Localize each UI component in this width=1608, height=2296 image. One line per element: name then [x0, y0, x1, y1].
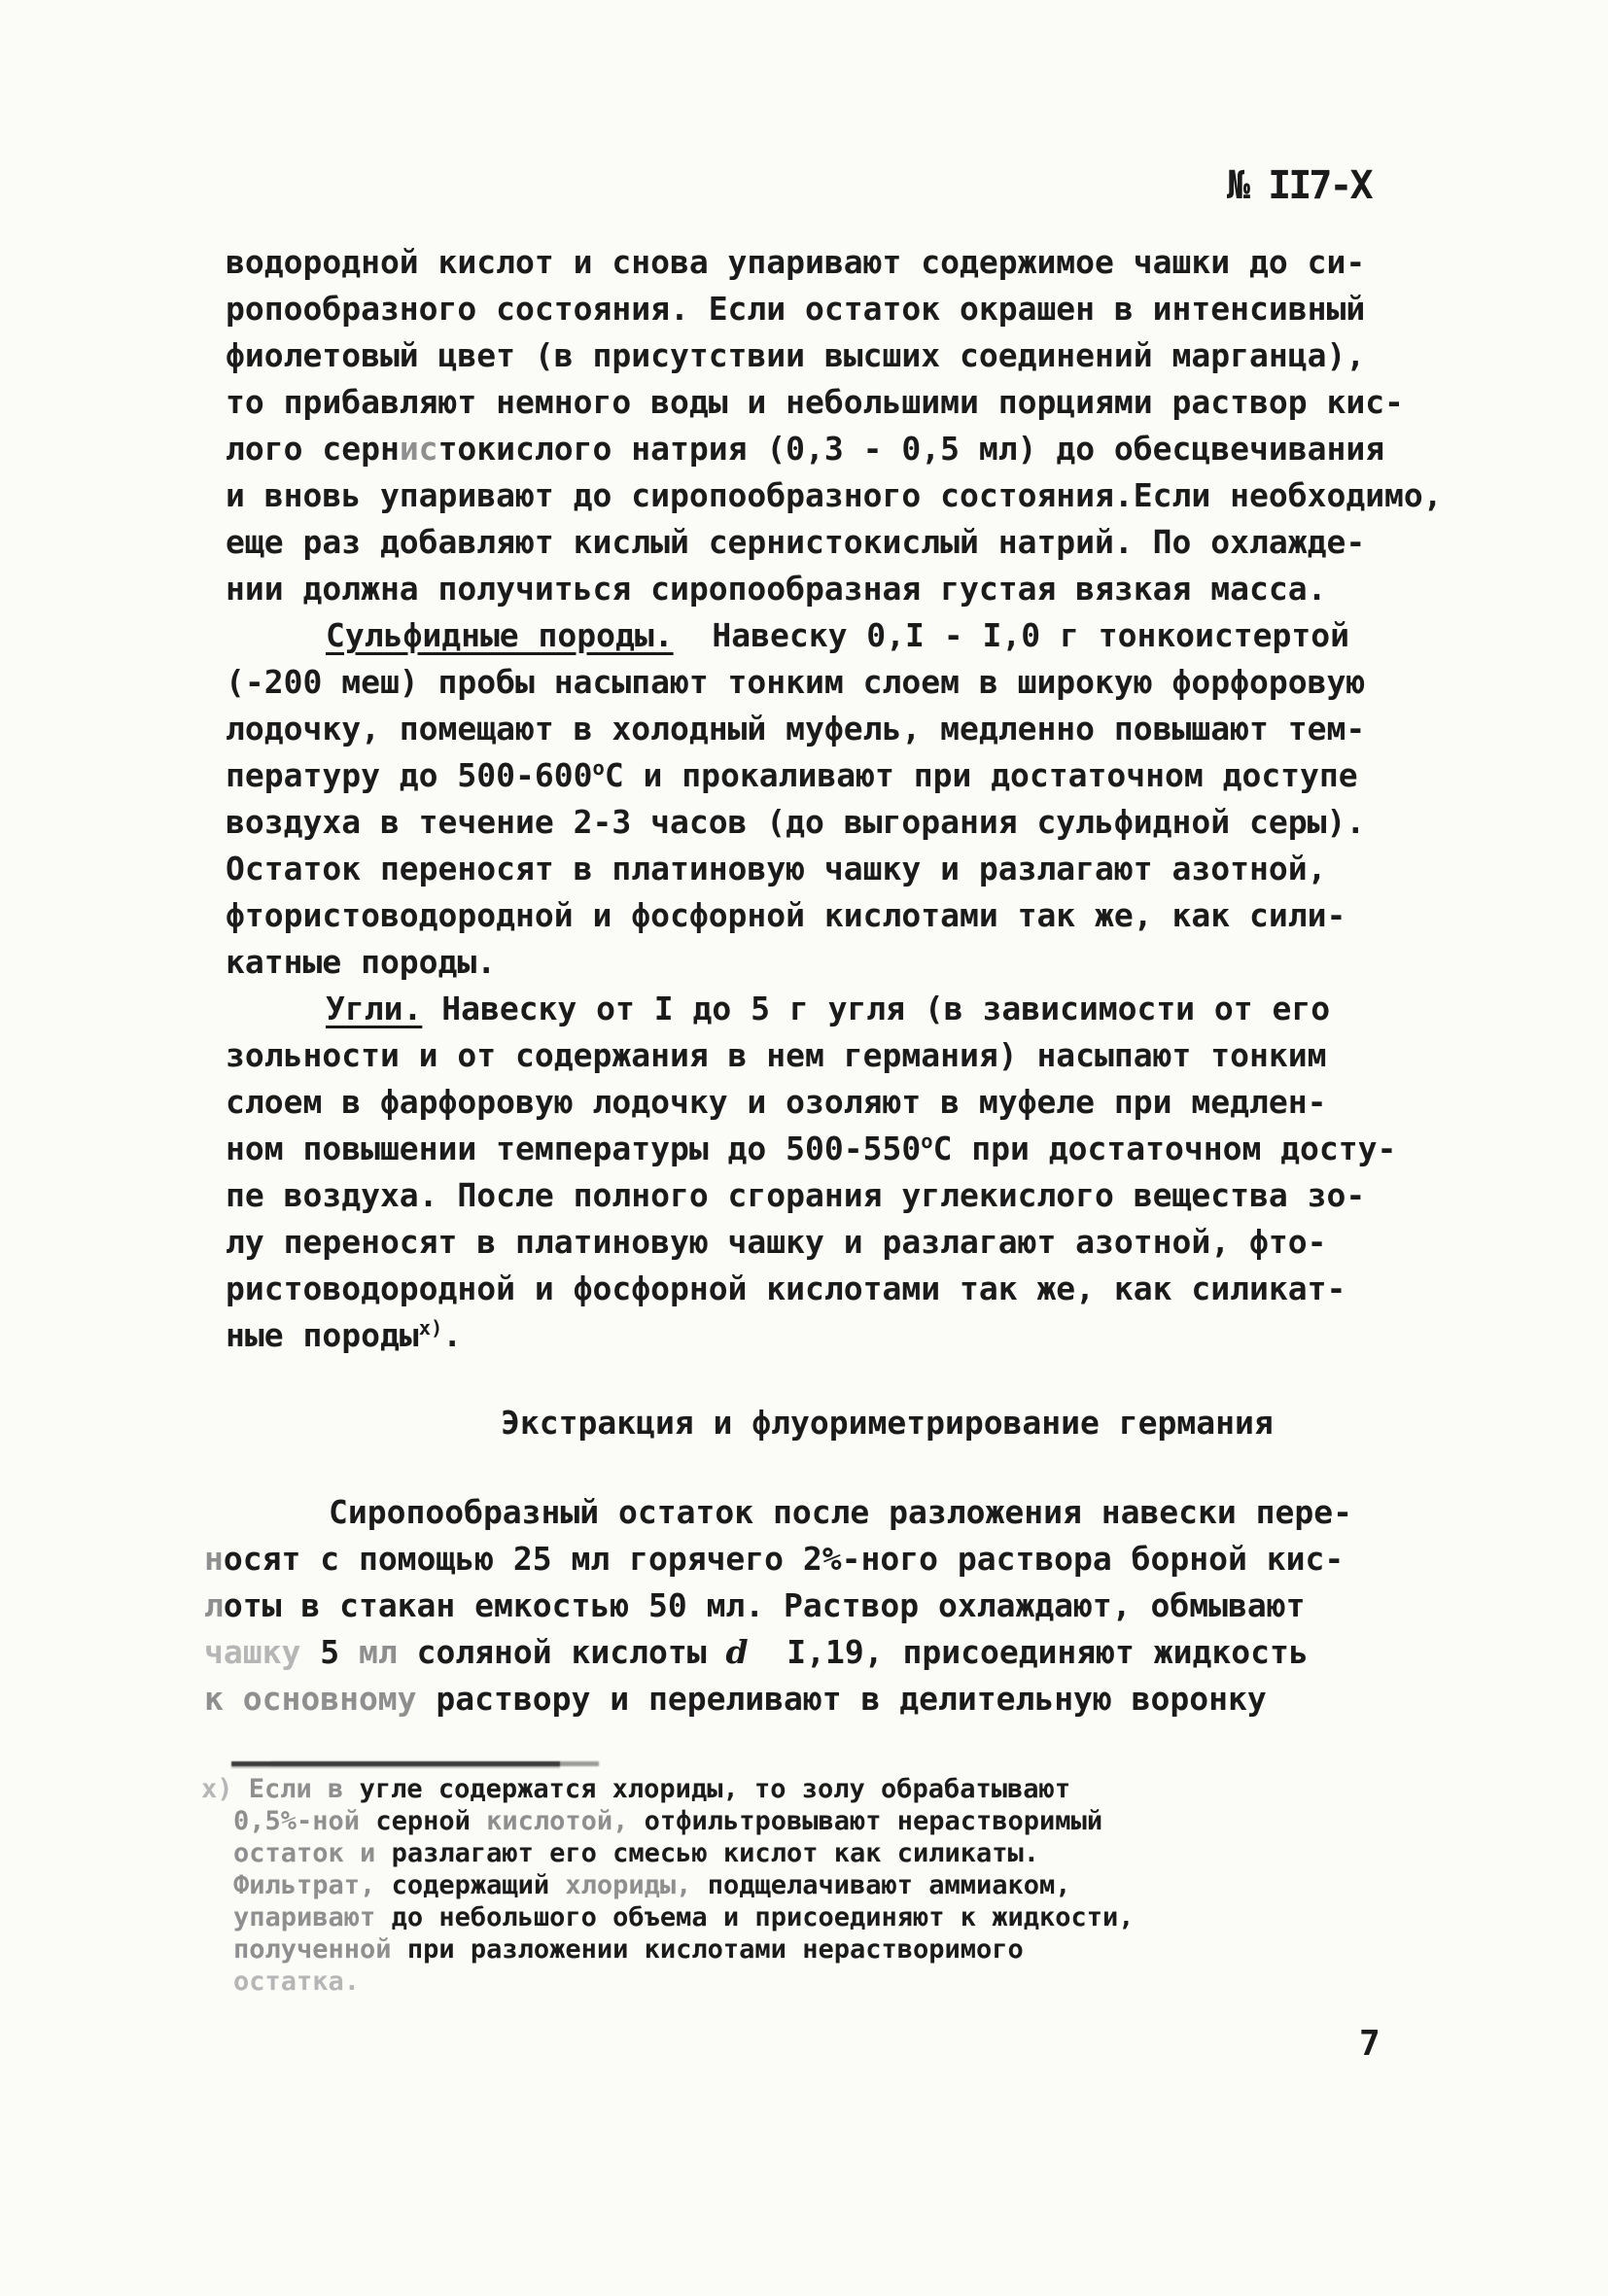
text-segment: осят с помощью 25 мл горячего 2%-ного ра… [224, 1540, 1344, 1578]
text-segment: содержащий [392, 1870, 566, 1900]
text-segment: С и прокаливают при достаточном доступе [605, 756, 1358, 794]
text-segment: фтористоводородной и фосфорной кислотами… [226, 896, 1346, 934]
text-segment: ные породы [226, 1316, 419, 1354]
text-segment: мл [359, 1633, 417, 1671]
text-segment: воздуха в течение 2-3 часов (до выгорани… [226, 803, 1365, 841]
text-segment: лодочку, помещают в холодный муфель, мед… [226, 710, 1365, 748]
text-line: остаток и разлагают его смесью кислот ка… [233, 1837, 1319, 1869]
text-segment: ристоводородной и фосфорной кислотами та… [226, 1270, 1346, 1307]
text-line: пе воздуха. После полного сгорания углек… [226, 1172, 1548, 1219]
text-line: пературу до 500-600оС и прокаливают при … [226, 752, 1548, 799]
text-segment: ропообразного состояния. Если остаток ок… [226, 290, 1365, 328]
text-line: х) Если в угле содержатся хлориды, то зо… [201, 1773, 1319, 1805]
text-segment: лого серн [226, 430, 400, 468]
text-line: ном повышении температуры до 500-550оС п… [226, 1126, 1548, 1172]
text-segment: зольности и от содержания в нем германия… [226, 1036, 1326, 1074]
text-segment: Остаток переносят в платиновую чашку и р… [226, 850, 1326, 887]
text-segment: Сиропообразный остаток после разложения … [329, 1493, 1352, 1531]
text-segment: лу переносят в платиновую чашку и разлаг… [226, 1223, 1326, 1261]
text-segment: к основному [204, 1680, 436, 1718]
text-line: то прибавляют немного воды и небольшими … [226, 379, 1548, 426]
text-segment: упаривают [233, 1902, 392, 1932]
text-segment: пе воздуха. После полного сгорания углек… [226, 1176, 1365, 1214]
section-heading: Экстракция и флуориметрирование германия [501, 1404, 1274, 1442]
text-segment: до небольшого объема и присоединяют к жи… [392, 1902, 1135, 1932]
text-line: катные породы. [226, 939, 1548, 986]
text-line: к основному раствору и переливают в дели… [204, 1676, 1565, 1722]
text-segment: ис [400, 430, 438, 468]
text-line: лоты в стакан емкостью 50 мл. Раствор ох… [204, 1583, 1565, 1629]
text-segment: кислотой, [486, 1806, 645, 1836]
text-segment: ном повышении температуры до 500-550 [226, 1130, 921, 1167]
text-segment: . [442, 1316, 462, 1354]
text-segment: л [204, 1586, 224, 1624]
document-number: № II7-X [1227, 163, 1371, 208]
text-segment: раствору и переливают в делительную воро… [436, 1680, 1266, 1718]
text-segment: катные породы. [226, 943, 496, 981]
footnote-block: х) Если в угле содержатся хлориды, то зо… [201, 1773, 1319, 1998]
text-line: Угли. Навеску от I до 5 г угля (в зависи… [226, 986, 1548, 1032]
page-number: 7 [1359, 2024, 1381, 2064]
text-segment: d [725, 1633, 748, 1671]
text-line: фтористоводородной и фосфорной кислотами… [226, 892, 1548, 939]
text-segment: разлагают его смесью кислот как силикаты… [392, 1838, 1039, 1868]
text-line: полученной при разложении кислотами нера… [233, 1933, 1319, 1966]
text-segment: о [593, 756, 605, 780]
text-line: водородной кислот и снова упаривают соде… [226, 239, 1548, 286]
text-segment: полученной [233, 1934, 407, 1965]
text-segment: еще раз добавляют кислый сернистокислый … [226, 523, 1365, 561]
text-line: ропообразного состояния. Если остаток ок… [226, 286, 1548, 332]
text-segment: оты в стакан емкостью 50 мл. Раствор охл… [224, 1586, 1306, 1624]
text-segment: 0,5%-ной [233, 1806, 375, 1836]
text-segment: I,19, присоединяют жидкость [749, 1633, 1309, 1671]
text-line: лодочку, помещают в холодный муфель, мед… [226, 706, 1548, 752]
text-line: Сульфидные породы. Навеску 0,I - I,0 г т… [226, 612, 1548, 659]
text-segment: серной [375, 1806, 486, 1836]
text-line: (-200 меш) пробы насыпают тонким слоем в… [226, 659, 1548, 706]
text-line: чашку 5 мл соляной кислоты d I,19, присо… [204, 1629, 1565, 1676]
text-line: Фильтрат, содержащий хлориды, подщелачив… [233, 1869, 1319, 1901]
text-segment: соляной кислоты [417, 1633, 726, 1671]
text-segment: остаток и [233, 1838, 392, 1868]
text-segment: фиолетовый цвет (в присутствии высших со… [226, 336, 1365, 374]
text-segment: 5 [320, 1633, 359, 1671]
text-line: 0,5%-ной серной кислотой, отфильтровываю… [233, 1805, 1319, 1837]
text-line: воздуха в течение 2-3 часов (до выгорани… [226, 799, 1548, 846]
text-segment: пературу до 500-600 [226, 756, 593, 794]
text-segment: угле содержатся хлориды, то золу обрабат… [360, 1774, 1071, 1804]
text-line: Остаток переносят в платиновую чашку и р… [226, 846, 1548, 892]
text-segment: токислого натрия (0,3 - 0,5 мл) до обесц… [438, 430, 1385, 468]
text-segment: Если в [249, 1774, 360, 1804]
text-segment: Навеску 0,I - I,0 г тонкоистертой [674, 616, 1349, 654]
text-line: зольности и от содержания в нем германия… [226, 1032, 1548, 1079]
text-segment: слоем в фарфоровую лодочку и озоляют в м… [226, 1083, 1326, 1121]
text-segment: отфильтровывают нерастворимый [645, 1806, 1102, 1836]
text-segment: Угли. [326, 990, 422, 1027]
text-line: носят с помощью 25 мл горячего 2%-ного р… [204, 1536, 1565, 1583]
text-segment: (-200 меш) пробы насыпают тонким слоем в… [226, 663, 1365, 701]
document-page: № II7-X водородной кислот и снова упарив… [0, 0, 1608, 2296]
text-line: Сиропообразный остаток после разложения … [204, 1489, 1565, 1536]
text-segment: чашку [204, 1633, 320, 1671]
text-segment: С при достаточном досту- [933, 1130, 1397, 1167]
text-line: остатка. [233, 1966, 1319, 1998]
text-line: слоем в фарфоровую лодочку и озоляют в м… [226, 1079, 1548, 1126]
text-segment: Фильтрат, [233, 1870, 392, 1900]
text-line: лого сернистокислого натрия (0,3 - 0,5 м… [226, 426, 1548, 472]
text-segment: остатка. [233, 1966, 360, 1997]
text-line: ристоводородной и фосфорной кислотами та… [226, 1266, 1548, 1312]
text-line: лу переносят в платиновую чашку и разлаг… [226, 1219, 1548, 1266]
text-segment: Сульфидные породы. [326, 616, 674, 654]
text-segment: х) [419, 1316, 443, 1339]
text-segment: о [921, 1130, 932, 1153]
text-line: ные породых). [226, 1312, 1548, 1359]
text-line: нии должна получиться сиропообразная гус… [226, 566, 1548, 612]
footnote-separator [231, 1761, 560, 1766]
text-segment: нии должна получиться сиропообразная гус… [226, 570, 1326, 608]
text-segment: подщелачивают аммиаком, [708, 1870, 1071, 1900]
body-text-block: водородной кислот и снова упаривают соде… [226, 239, 1548, 1359]
text-segment: хлориды, [565, 1870, 707, 1900]
text-segment: и вновь упаривают до сиропообразного сос… [226, 476, 1443, 514]
text-segment: х) [201, 1774, 249, 1804]
text-line: и вновь упаривают до сиропообразного сос… [226, 472, 1548, 519]
text-segment: Навеску от I до 5 г угля (в зависимости … [422, 990, 1330, 1027]
text-segment: водородной кислот и снова упаривают соде… [226, 243, 1365, 281]
text-segment: при разложении кислотами нерастворимого [407, 1934, 1024, 1965]
text-line: еще раз добавляют кислый сернистокислый … [226, 519, 1548, 566]
post-heading-text-block: Сиропообразный остаток после разложения … [204, 1489, 1565, 1722]
text-line: упаривают до небольшого объема и присоед… [233, 1901, 1319, 1933]
text-segment: н [204, 1540, 224, 1578]
text-segment: то прибавляют немного воды и небольшими … [226, 383, 1404, 421]
text-line: фиолетовый цвет (в присутствии высших со… [226, 332, 1548, 379]
